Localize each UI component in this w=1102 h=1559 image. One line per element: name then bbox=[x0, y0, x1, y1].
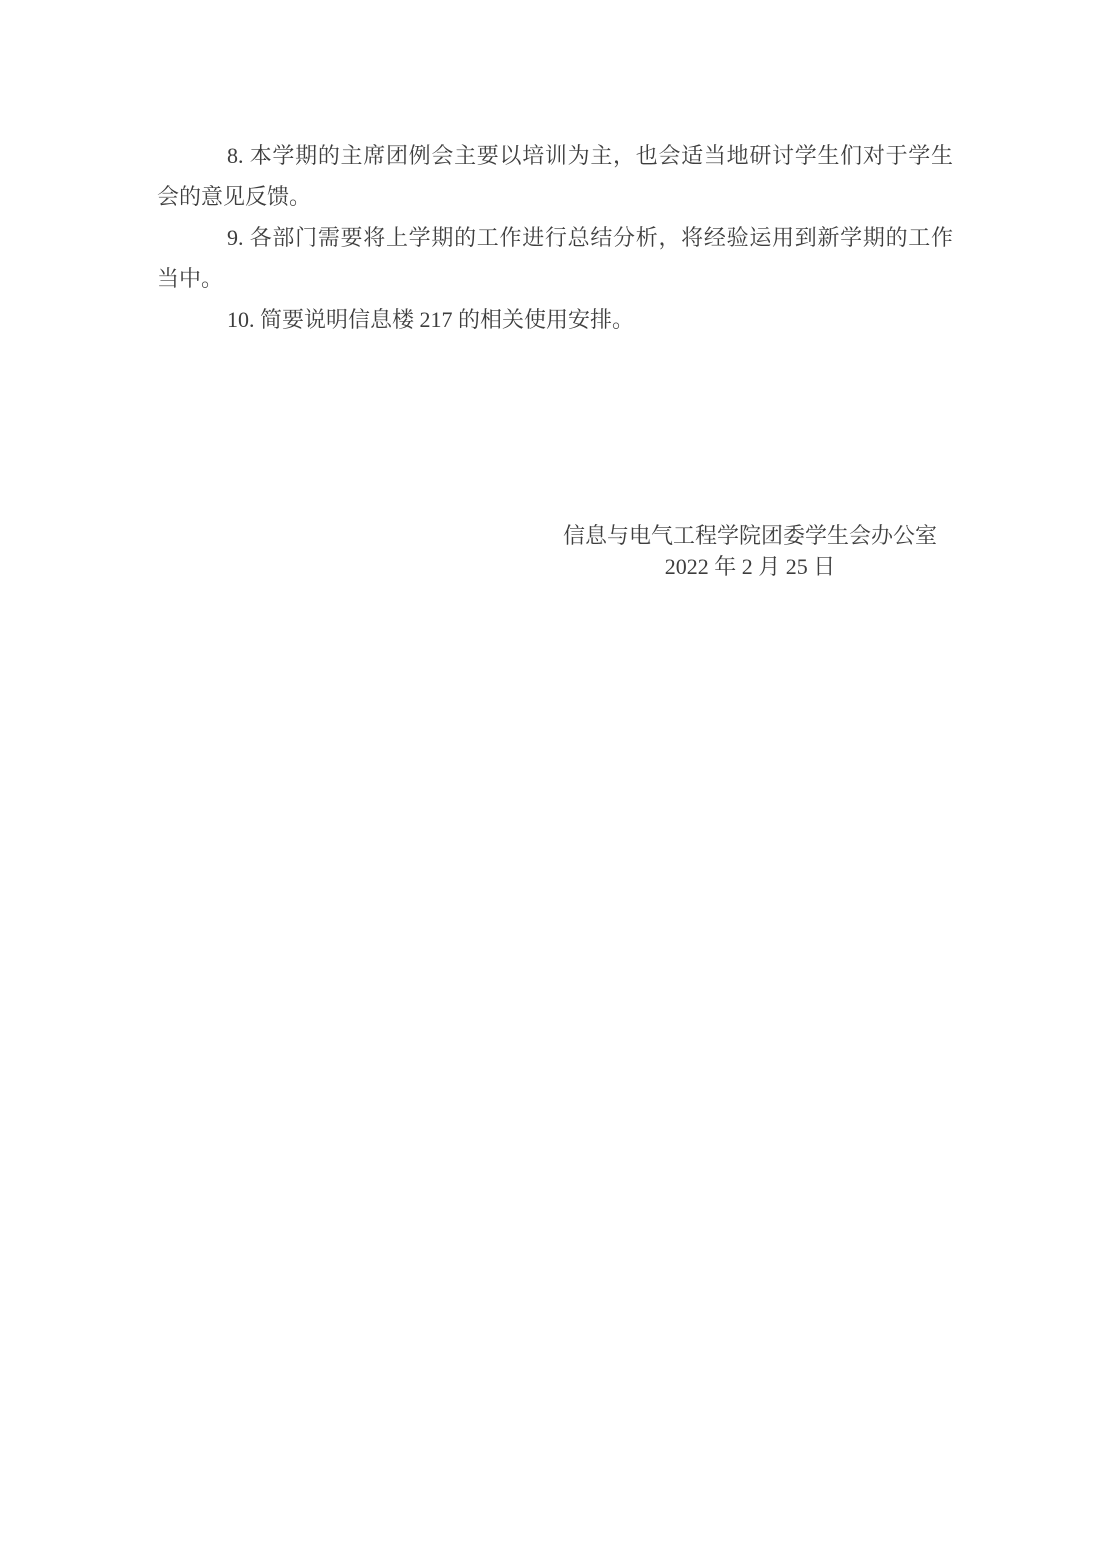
document-body: 8. 本学期的主席团例会主要以培训为主，也会适当地研讨学生们对于学生 会的意见反… bbox=[157, 135, 953, 340]
document-page: 8. 本学期的主席团例会主要以培训为主，也会适当地研讨学生们对于学生 会的意见反… bbox=[0, 0, 1102, 1559]
paragraph-8-line-1: 8. 本学期的主席团例会主要以培训为主，也会适当地研讨学生们对于学生 bbox=[157, 135, 953, 176]
paragraph-9-line-2: 当中。 bbox=[157, 258, 953, 299]
signature-date: 2022 年 2 月 25 日 bbox=[563, 551, 937, 582]
paragraph-10-line-1: 10. 简要说明信息楼 217 的相关使用安排。 bbox=[157, 299, 953, 340]
paragraph-9-line-1: 9. 各部门需要将上学期的工作进行总结分析，将经验运用到新学期的工作 bbox=[157, 217, 953, 258]
paragraph-8-line-2: 会的意见反馈。 bbox=[157, 176, 953, 217]
signature-block: 信息与电气工程学院团委学生会办公室 2022 年 2 月 25 日 bbox=[563, 520, 937, 582]
signature-organization: 信息与电气工程学院团委学生会办公室 bbox=[563, 520, 937, 551]
